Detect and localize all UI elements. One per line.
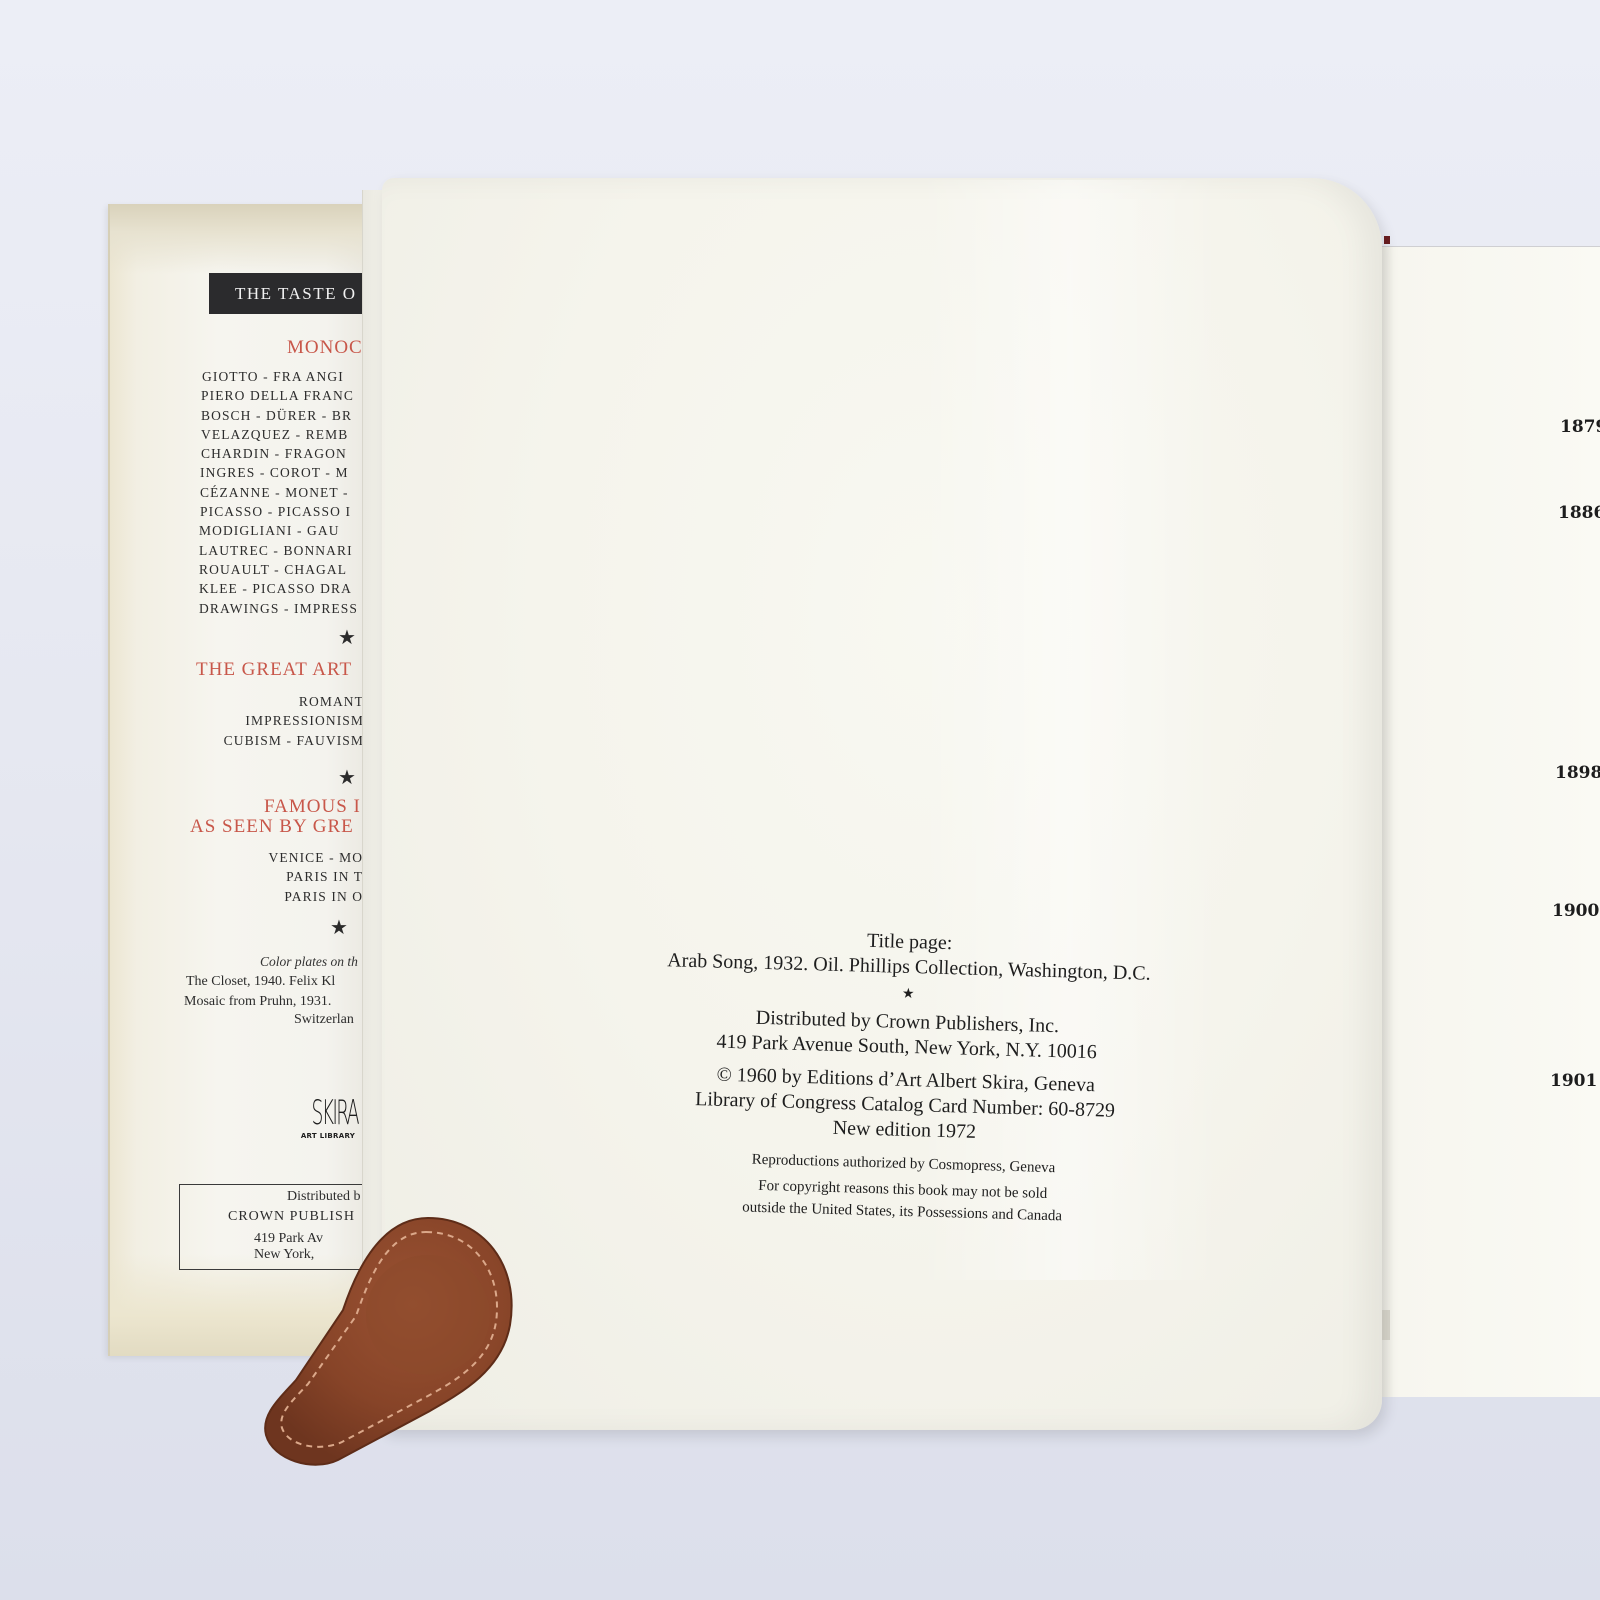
skira-wordmark: SKIRA	[312, 1094, 345, 1132]
star-divider: ★	[330, 915, 348, 940]
colophon-page[interactable]	[382, 178, 1382, 1430]
jacket-stain-top	[110, 204, 380, 274]
color-plate-line: The Closet, 1940. Felix Kl	[186, 974, 335, 990]
list-line: VENICE - MON	[269, 848, 374, 867]
cover-corner	[1384, 236, 1390, 244]
section-heading-famous: FAMOUS I	[264, 796, 361, 818]
list-line: VELAZQUEZ - REMB	[201, 425, 358, 444]
list-line: LAUTREC - BONNARI	[199, 541, 358, 560]
famous-places-list: VENICE - MON PARIS IN TH PARIS IN OU	[269, 848, 374, 906]
section-heading-famous-line2: AS SEEN BY GRE	[190, 816, 354, 838]
distributor-line: Distributed b	[287, 1189, 361, 1205]
star-divider: ★	[338, 625, 356, 650]
year-label: 1900	[1552, 901, 1599, 921]
dust-jacket-flap: THE TASTE O MONOC GIOTTO - FRA ANGI PIER…	[108, 204, 380, 1356]
list-line: ROMANT	[224, 692, 364, 711]
section-heading-great-art: THE GREAT ART	[196, 659, 352, 681]
list-line: PARIS IN TH	[269, 867, 374, 886]
colophon-text: Title page: Arab Song, 1932. Oil. Philli…	[602, 922, 1210, 1232]
year-label: 1879	[1560, 417, 1600, 437]
list-line: MODIGLIANI - GAU	[199, 521, 358, 540]
color-plates-label: Color plates on th	[260, 954, 358, 970]
list-line: PICASSO - PICASSO I	[200, 502, 358, 521]
skira-logo: SKIRA ART LIBRARY	[298, 1094, 358, 1140]
series-banner: THE TASTE O	[209, 273, 380, 314]
list-line: INGRES - COROT - M	[200, 463, 358, 482]
list-line: PARIS IN OU	[269, 887, 374, 906]
list-line: GIOTTO - FRA ANGI	[202, 367, 358, 386]
list-line: PIERO DELLA FRANC	[201, 386, 358, 405]
skira-subtitle: ART LIBRARY	[298, 1132, 358, 1140]
great-art-list: ROMANT IMPRESSIONISM CUBISM - FAUVISM	[224, 692, 364, 750]
list-line: CÉZANNE - MONET -	[200, 483, 358, 502]
list-line: CHARDIN - FRAGON	[201, 444, 358, 463]
list-line: KLEE - PICASSO DRA	[199, 579, 358, 598]
leather-bookmark-icon[interactable]	[258, 1210, 528, 1490]
color-plate-line: Mosaic from Pruhn, 1931.	[184, 994, 331, 1010]
right-page: 1879 1886 1898 1900 1901	[1380, 246, 1600, 1397]
monographs-list: GIOTTO - FRA ANGI PIERO DELLA FRANC BOSC…	[201, 367, 358, 618]
list-line: IMPRESSIONISM	[224, 711, 364, 730]
list-line: DRAWINGS - IMPRESS	[199, 599, 358, 618]
list-line: CUBISM - FAUVISM	[224, 731, 364, 750]
year-label: 1901	[1550, 1071, 1597, 1091]
star-divider: ★	[338, 765, 356, 790]
year-label: 1898	[1555, 763, 1600, 783]
list-line: BOSCH - DÜRER - BR	[201, 406, 358, 425]
section-heading-monographs: MONOC	[287, 337, 363, 359]
year-label: 1886	[1558, 503, 1600, 523]
list-line: ROUAULT - CHAGAL	[199, 560, 358, 579]
color-plate-line: Switzerlan	[294, 1012, 354, 1028]
